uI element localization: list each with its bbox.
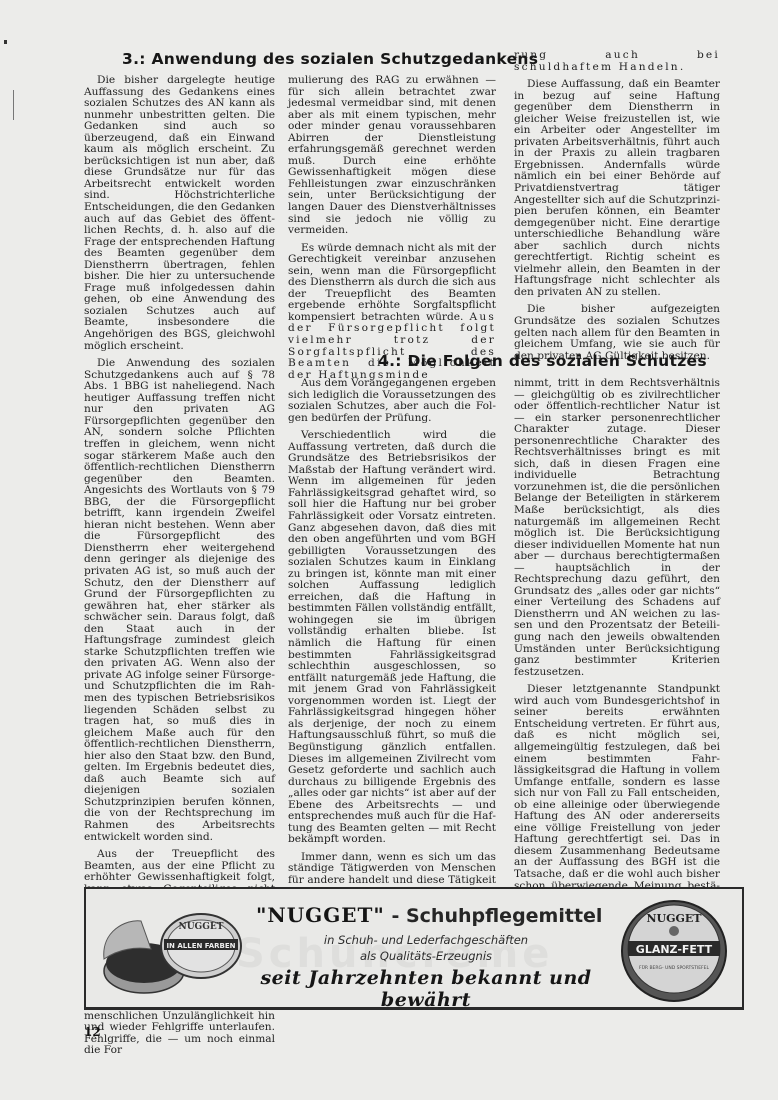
- column-3-lower: nimmt, tritt in dem Rechtsverhältnis — g…: [514, 378, 720, 938]
- ad-slogan: seit Jahrzehnten bekannt und bewährt: [236, 967, 616, 1010]
- svg-text:NUGGET: NUGGET: [646, 912, 702, 925]
- svg-text:IN ALLEN FARBEN: IN ALLEN FARBEN: [166, 942, 235, 950]
- svg-text:GLANZ-FETT: GLANZ-FETT: [636, 943, 713, 956]
- shoe-polish-tin-closed-icon: GLANZ-FETT NUGGET FÜR BERG- UND SPORTSTI…: [616, 895, 734, 1005]
- paragraph: Verschiedentlich wird die Auffassung ver…: [288, 430, 496, 846]
- newspaper-page: 3.: Anwendung des sozialen Schutzgedanke…: [0, 0, 778, 1100]
- paragraph-text: Es würde demnach nicht als mit der Gerec…: [288, 242, 496, 323]
- paragraph: mulierung des RAG zu erwähnen — für sich…: [288, 75, 496, 237]
- section-4-heading: 4.: Die Folgen des sozialen Schutzes: [378, 352, 707, 370]
- column-2-upper: mulierung des RAG zu erwähnen — für sich…: [288, 75, 496, 381]
- paragraph: nimmt, tritt in dem Rechtsverhältnis — g…: [514, 378, 720, 678]
- shoe-polish-tin-open-icon: IN ALLEN FARBEN NUGGET: [96, 901, 246, 1001]
- margin-speck: [4, 40, 7, 44]
- paragraph: Die bisher dargelegte heutige Auf­fassun…: [84, 75, 275, 352]
- column-3-upper: rung auch bei schuldhaftem Handeln. Dies…: [514, 50, 720, 362]
- paragraph: Die Anwendung des sozialen Schutz­gedank…: [84, 358, 275, 843]
- product-name: - Schuhpflegemittel: [385, 905, 603, 927]
- paragraph: Aus dem Vorangegangenen ergeben sich led…: [288, 378, 496, 424]
- svg-text:FÜR BERG- UND SPORTSTIEFEL: FÜR BERG- UND SPORTSTIEFEL: [639, 964, 709, 971]
- paragraph: Diese Auffassung, daß ein Beamter in bez…: [514, 79, 720, 298]
- brand-name: "NUGGET": [256, 903, 385, 927]
- ad-subline-2: als Qualitäts-Erzeugnis: [256, 949, 596, 963]
- nugget-advertisement: Schuhcreme IN ALLEN FARBEN NUGGET "NUGGE…: [84, 887, 744, 1010]
- emphasized-text: rung auch bei schuldhaftem Handeln.: [514, 50, 720, 73]
- margin-speck: [13, 90, 14, 120]
- svg-text:NUGGET: NUGGET: [178, 922, 223, 932]
- column-2-lower: Aus dem Vorangegangenen ergeben sich led…: [288, 378, 496, 921]
- section-3-heading: 3.: Anwendung des sozialen Schutzgedanke…: [122, 50, 538, 68]
- ad-subline-1: in Schuh- und Lederfachgeschäften: [256, 933, 596, 947]
- ad-headline: "NUGGET" - Schuhpflegemittel: [256, 903, 596, 927]
- page-number: 12: [84, 1025, 101, 1039]
